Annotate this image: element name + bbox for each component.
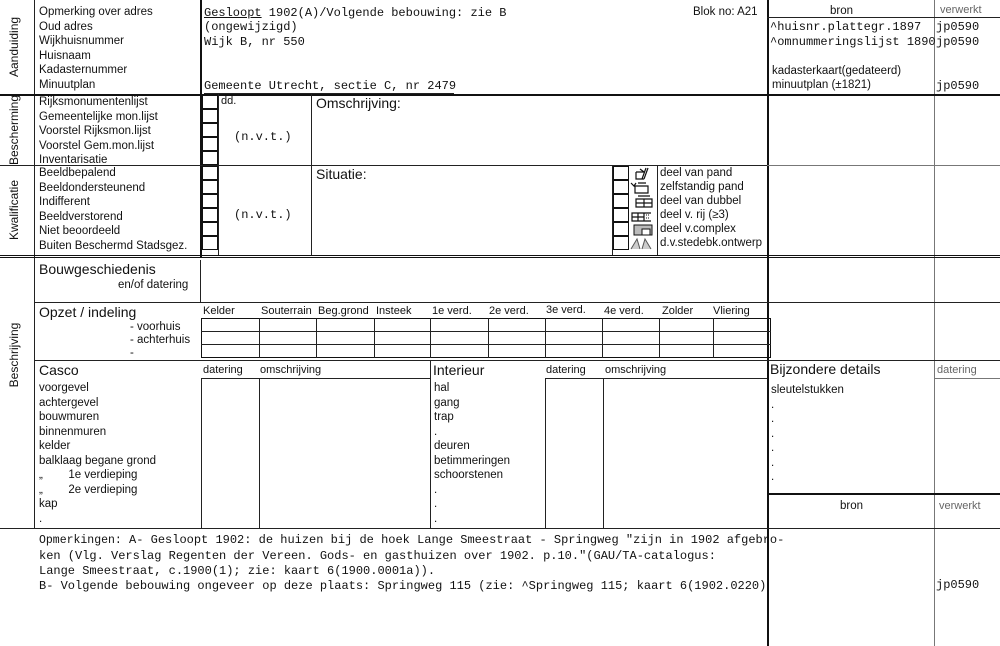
bouwgeschiedenis-bottom-line bbox=[34, 302, 1000, 303]
situatie-label: Situatie: bbox=[316, 166, 367, 182]
verwerkt-column-line bbox=[934, 0, 935, 646]
opzet-grid-col bbox=[259, 318, 260, 358]
checkbox-deel-van-pand[interactable] bbox=[613, 166, 629, 180]
checkbox-beeldbepalend[interactable] bbox=[202, 166, 218, 180]
section-label-kwalificatie: Kwalificatie bbox=[7, 174, 21, 246]
label-minuutplan: Minuutplan bbox=[39, 78, 153, 93]
label-gemeentelijke-mon-lijst: Gemeentelijke mon.lijst bbox=[39, 110, 158, 125]
label-oud-adres: Oud adres bbox=[39, 20, 153, 35]
opzet-grid-col bbox=[316, 318, 317, 358]
bouwgeschiedenis-title: Bouwgeschiedenis bbox=[39, 261, 156, 277]
opmerkingen-label: Opmerkingen: bbox=[39, 534, 122, 547]
checkbox-deel-van-dubbel[interactable] bbox=[613, 194, 629, 208]
checkbox-indifferent[interactable] bbox=[202, 194, 218, 208]
bron-entry-4: minuutplan (±1821) bbox=[772, 78, 871, 93]
label-voorstel-rijksmon-lijst: Voorstel Rijksmon.lijst bbox=[39, 124, 158, 139]
label-voorstel-gem-mon-lijst: Voorstel Gem.mon.lijst bbox=[39, 139, 158, 154]
opzet-col-4e-verd: 4e verd. bbox=[604, 305, 644, 317]
minuutplan-underline bbox=[204, 93, 454, 94]
verwerkt-entry-1: jp0590 bbox=[936, 20, 979, 34]
interieur-item: deuren bbox=[434, 439, 510, 454]
checkbox-buiten-beschermd-stadsgez[interactable] bbox=[202, 236, 218, 250]
opzet-col-kelder: Kelder bbox=[203, 305, 235, 317]
casco-datering-header: datering bbox=[203, 364, 243, 376]
checkbox-voorstel-gem-mon-lijst[interactable] bbox=[202, 137, 218, 151]
left-margin-line bbox=[34, 0, 35, 528]
interieur-items: hal gang trap . deuren betimmeringen sch… bbox=[434, 381, 510, 526]
checkbox-gemeentelijke-mon-lijst[interactable] bbox=[202, 109, 218, 123]
label-indifferent: Indifferent bbox=[39, 195, 187, 210]
checkbox-deel-v-complex[interactable] bbox=[613, 222, 629, 236]
casco-item: balklaag begane grond bbox=[39, 454, 156, 469]
checkbox-niet-beoordeeld[interactable] bbox=[202, 222, 218, 236]
bijzondere-item: . bbox=[771, 470, 844, 485]
opzet-row-achterhuis: - achterhuis bbox=[130, 333, 190, 348]
bijzondere-header-line bbox=[934, 378, 1000, 379]
bron-header-line bbox=[767, 17, 1000, 18]
kwalificatie-value: (n.v.t.) bbox=[234, 208, 292, 222]
casco-item: kap bbox=[39, 497, 156, 512]
label-beeldverstorend: Beeldverstorend bbox=[39, 210, 187, 225]
opzet-row-blank: - bbox=[130, 346, 134, 361]
interieur-item: . bbox=[434, 483, 510, 498]
interieur-item: gang bbox=[434, 396, 510, 411]
casco-item: bouwmuren bbox=[39, 410, 156, 425]
opmerkingen-verwerkt: jp0590 bbox=[936, 578, 979, 592]
casco-item: „ 1e verdieping bbox=[39, 468, 156, 483]
checkbox-beeldondersteunend[interactable] bbox=[202, 180, 218, 194]
interieur-item: . bbox=[434, 497, 510, 512]
opzet-col-1e-verd: 1e verd. bbox=[432, 305, 472, 317]
opzet-title: Opzet / indeling bbox=[39, 304, 136, 320]
bron-entry-3: kadasterkaart(gedateerd) bbox=[772, 64, 901, 79]
opmerkingen-line-3: Lange Smeestraat, c.1900(1); zie: kaart … bbox=[39, 564, 767, 579]
verwerkt-header: verwerkt bbox=[940, 4, 982, 16]
section-label-bescherming: Bescherming bbox=[7, 94, 21, 166]
bijzondere-bron-line bbox=[767, 493, 1000, 495]
label-beeldbepalend: Beeldbepalend bbox=[39, 166, 187, 181]
bescherming-labels: Rijksmonumentenlijst Gemeentelijke mon.l… bbox=[39, 95, 158, 168]
semi-detached-icon bbox=[634, 195, 656, 208]
opzet-grid-col bbox=[488, 318, 489, 358]
urban-design-icon bbox=[630, 237, 652, 250]
bron-entry-1: ^huisnr.plattegr.1897 bbox=[770, 20, 921, 34]
right-divider-1 bbox=[767, 165, 1000, 166]
bijzondere-item: . bbox=[771, 412, 844, 427]
opzet-grid-col bbox=[545, 318, 546, 358]
casco-item: binnenmuren bbox=[39, 425, 156, 440]
bijzondere-items: sleutelstukken . . . . . . bbox=[771, 383, 844, 485]
section-label-aanduiding: Aanduiding bbox=[7, 17, 21, 77]
checkbox-inventarisatie[interactable] bbox=[202, 151, 218, 165]
casco-items: voorgevel achtergevel bouwmuren binnenmu… bbox=[39, 381, 156, 526]
wijkhuisnummer-value: Wijk B, nr 550 bbox=[204, 35, 305, 49]
opzet-col-vliering: Vliering bbox=[713, 305, 750, 317]
interieur-item: . bbox=[434, 425, 510, 440]
opzet-grid-col bbox=[602, 318, 603, 358]
opzet-grid-col bbox=[659, 318, 660, 358]
kwalificatie-labels: Beeldbepalend Beeldondersteunend Indiffe… bbox=[39, 166, 187, 253]
bron-header: bron bbox=[830, 4, 853, 19]
standalone-building-icon bbox=[630, 181, 652, 194]
bescherming-value: (n.v.t.) bbox=[234, 130, 292, 144]
dd-label: dd. bbox=[221, 95, 236, 107]
opmerkingen-line-1: Opmerkingen: A- Gesloopt 1902: de huizen… bbox=[39, 533, 767, 549]
verwerkt-entry-4: jp0590 bbox=[936, 79, 979, 93]
checkbox-deel-v-rij[interactable] bbox=[613, 208, 629, 222]
casco-item: . bbox=[39, 512, 156, 527]
interieur-item: trap bbox=[434, 410, 510, 425]
opzet-col-insteek: Insteek bbox=[376, 305, 411, 317]
label-zelfstandig-pand: zelfstandig pand bbox=[660, 180, 762, 194]
interieur-item: hal bbox=[434, 381, 510, 396]
opzet-grid-col bbox=[713, 318, 714, 358]
interieur-item: schoorstenen bbox=[434, 468, 510, 483]
interieur-item: betimmeringen bbox=[434, 454, 510, 469]
casco-omschrijving-line bbox=[259, 378, 260, 528]
label-deel-van-pand: deel van pand bbox=[660, 166, 762, 180]
interieur-omschrijving-line bbox=[603, 378, 604, 528]
bijzondere-bron-header: bron bbox=[840, 499, 863, 514]
label-dv-stedebk-ontwerp: d.v.stedebk.ontwerp bbox=[660, 236, 762, 250]
opzet-grid-col bbox=[374, 318, 375, 358]
casco-datering-line bbox=[201, 378, 202, 528]
casco-item: achtergevel bbox=[39, 396, 156, 411]
beschrijving-bottom-line bbox=[0, 528, 1000, 529]
checkbox-voorstel-rijksmon-lijst[interactable] bbox=[202, 123, 218, 137]
opzet-grid[interactable] bbox=[201, 318, 771, 358]
checkbox-rijksmonumentenlijst[interactable] bbox=[202, 95, 218, 109]
interieur-datering-line bbox=[545, 378, 546, 528]
minuutplan-value: Gemeente Utrecht, sectie C, nr 2479 bbox=[204, 79, 456, 93]
opzet-grid-row-1 bbox=[201, 331, 771, 332]
bijzondere-datering-header: datering bbox=[937, 364, 977, 376]
bijzondere-item: . bbox=[771, 456, 844, 471]
label-rijksmonumentenlijst: Rijksmonumentenlijst bbox=[39, 95, 158, 110]
opzet-grid-row-2 bbox=[201, 344, 771, 345]
part-of-building-icon bbox=[633, 167, 655, 180]
opmerking-adres-value: Gesloopt 1902(A)/Volgende bebouwing: zie… bbox=[204, 6, 506, 20]
bijzondere-item: sleutelstukken bbox=[771, 383, 844, 398]
bijzondere-item: . bbox=[771, 427, 844, 442]
opzet-col-3e-verd: 3e verd. bbox=[546, 304, 586, 316]
opzet-col-souterrain: Souterrain bbox=[261, 305, 312, 317]
casco-item: voorgevel bbox=[39, 381, 156, 396]
label-deel-v-complex: deel v.complex bbox=[660, 222, 762, 236]
interieur-datering-header: datering bbox=[546, 364, 586, 376]
casco-right-line bbox=[430, 360, 431, 528]
label-huisnaam: Huisnaam bbox=[39, 49, 153, 64]
kwalificatie-bottom-line bbox=[0, 255, 1000, 258]
checkbox-beeldverstorend[interactable] bbox=[202, 208, 218, 222]
interieur-item: . bbox=[434, 512, 510, 527]
oud-adres-value: (ongewijzigd) bbox=[204, 20, 298, 34]
label-wijkhuisnummer: Wijkhuisnummer bbox=[39, 34, 153, 49]
bouwgeschiedenis-subtitle: en/of datering bbox=[118, 278, 188, 293]
row-house-icon bbox=[630, 209, 652, 222]
bijzondere-item: . bbox=[771, 398, 844, 413]
label-niet-beoordeeld: Niet beoordeeld bbox=[39, 224, 187, 239]
interieur-header-line bbox=[545, 378, 767, 379]
situatie-labels: deel van pand zelfstandig pand deel van … bbox=[660, 166, 762, 250]
label-beeldondersteunend: Beeldondersteunend bbox=[39, 181, 187, 196]
label-deel-van-dubbel: deel van dubbel bbox=[660, 194, 762, 208]
section-label-beschrijving: Beschrijving bbox=[7, 313, 21, 397]
interieur-title: Interieur bbox=[433, 362, 484, 378]
omschrijving-label: Omschrijving: bbox=[316, 95, 401, 111]
bron-entry-2: ^omnummeringslijst 1890 bbox=[770, 35, 936, 49]
label-kadasternummer: Kadasternummer bbox=[39, 63, 153, 78]
label-buiten-beschermd-stadsgez: Buiten Beschermd Stadsgez. bbox=[39, 239, 187, 254]
bouwgeschiedenis-line bbox=[200, 260, 201, 302]
opmerkingen-line-4: B- Volgende bebouwing ongeveer op deze p… bbox=[39, 579, 767, 594]
opzet-col-zolder: Zolder bbox=[662, 305, 693, 317]
casco-omschrijving-header: omschrijving bbox=[260, 364, 321, 376]
omschrijving-left-line bbox=[311, 94, 312, 255]
verwerkt-entry-2: jp0590 bbox=[936, 35, 979, 49]
interieur-omschrijving-header: omschrijving bbox=[605, 364, 666, 376]
complex-icon bbox=[632, 223, 654, 236]
checkbox-zelfstandig-pand[interactable] bbox=[613, 180, 629, 194]
checkbox-dv-stedebk-ontwerp[interactable] bbox=[613, 236, 629, 250]
casco-item: „ 2e verdieping bbox=[39, 483, 156, 498]
opzet-col-2e-verd: 2e verd. bbox=[489, 305, 529, 317]
checkbox-column-line bbox=[218, 94, 219, 255]
casco-title: Casco bbox=[39, 362, 79, 378]
blok-number: Blok no: A21 bbox=[693, 5, 758, 20]
situatie-icon-line bbox=[657, 165, 658, 255]
bijzondere-details-title: Bijzondere details bbox=[770, 361, 881, 377]
label-deel-v-rij: deel v. rij (≥3) bbox=[660, 208, 762, 222]
opmerkingen-line-2: ken (Vlg. Verslag Regenten der Vereen. G… bbox=[39, 549, 767, 564]
opmerkingen-block: Opmerkingen: A- Gesloopt 1902: de huizen… bbox=[39, 533, 767, 594]
opmerkingen-text: A- Gesloopt 1902: de huizen bij de hoek … bbox=[122, 533, 785, 547]
casco-header-line bbox=[201, 378, 430, 379]
bijzondere-item: . bbox=[771, 441, 844, 456]
aanduiding-labels: Opmerking over adres Oud adres Wijkhuisn… bbox=[39, 5, 153, 92]
casco-item: kelder bbox=[39, 439, 156, 454]
opzet-col-beg-grond: Beg.grond bbox=[318, 305, 369, 317]
bijzondere-verwerkt-header: verwerkt bbox=[939, 500, 981, 512]
label-opmerking-adres: Opmerking over adres bbox=[39, 5, 153, 20]
opzet-grid-col bbox=[430, 318, 431, 358]
